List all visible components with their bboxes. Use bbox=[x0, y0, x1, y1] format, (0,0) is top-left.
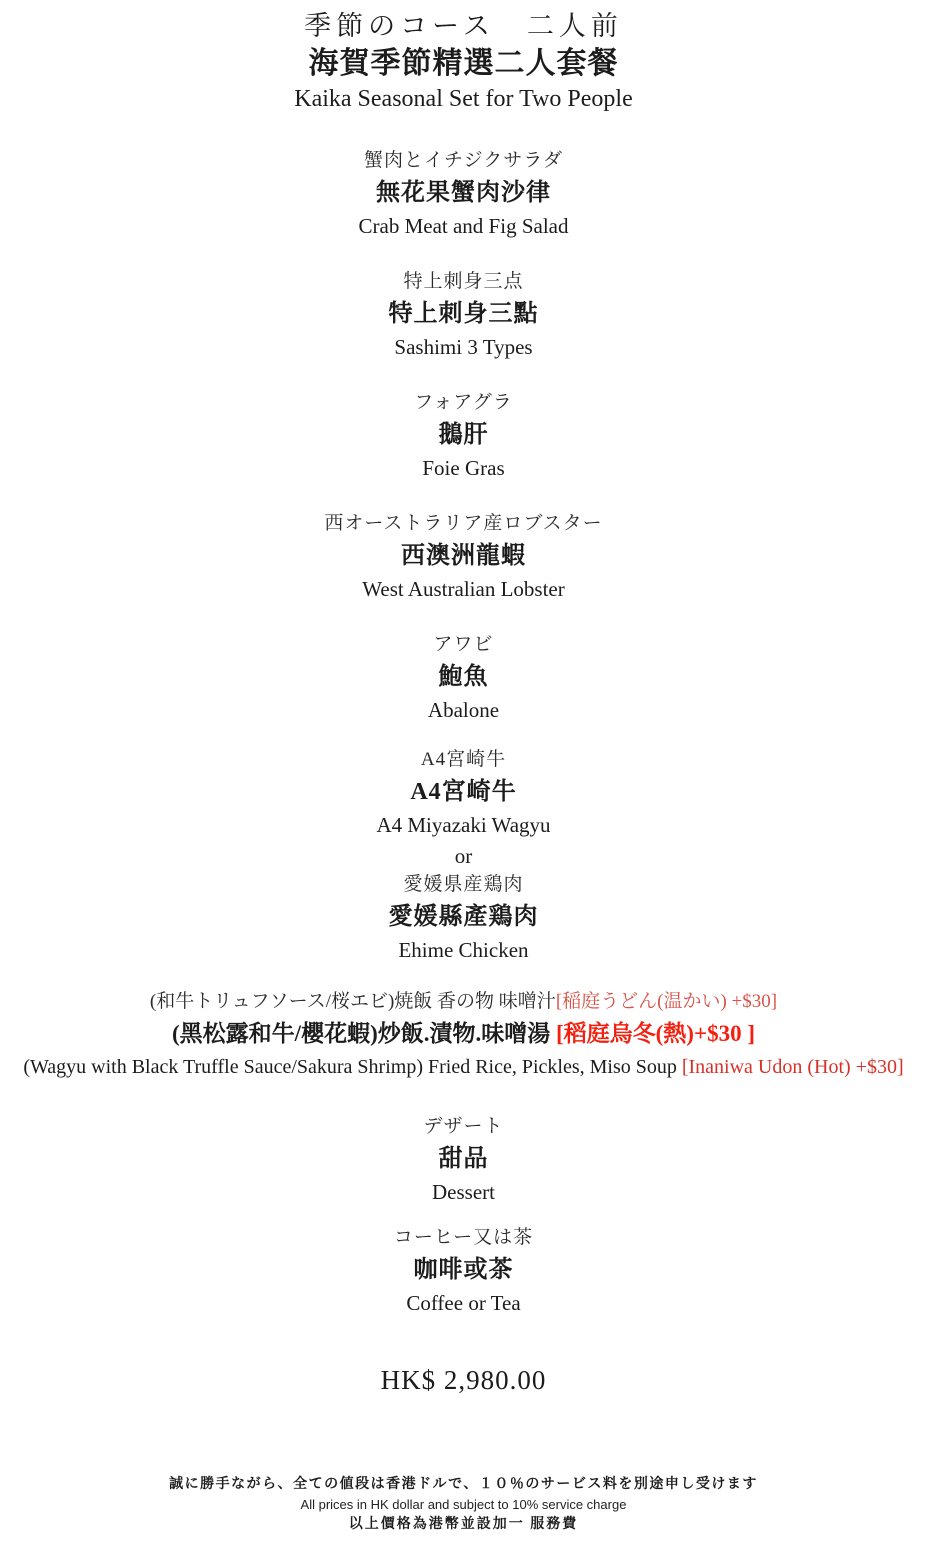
course-dessert: デザート 甜品 Dessert bbox=[0, 1112, 927, 1209]
course-name-en: Dessert bbox=[0, 1176, 927, 1209]
course-name-en: (Wagyu with Black Truffle Sauce/Sakura S… bbox=[0, 1051, 927, 1084]
menu-title-english: Kaika Seasonal Set for Two People bbox=[0, 82, 927, 116]
course-foie-gras: フォアグラ 鵝肝 Foie Gras bbox=[0, 388, 927, 485]
course-name-en: Ehime Chicken bbox=[0, 934, 927, 967]
rice-cn-udon-option: [稻庭烏冬(熱)+$30 ] bbox=[556, 1021, 755, 1046]
course-chicken: 愛媛県産鶏肉 愛媛縣產鶏肉 Ehime Chicken bbox=[0, 870, 927, 967]
course-wagyu: A4宮崎牛 A4宮崎牛 A4 Miyazaki Wagyu bbox=[0, 745, 927, 842]
course-name-cn: (黑松露和牛/櫻花蝦)炒飯.漬物.味噌湯 [稻庭烏冬(熱)+$30 ] bbox=[0, 1017, 927, 1051]
course-name-cn: 愛媛縣產鶏肉 bbox=[0, 900, 927, 934]
course-name-cn: 特上刺身三點 bbox=[0, 297, 927, 331]
menu-title: 季節のコース 二人前 海賀季節精選二人套餐 Kaika Seasonal Set… bbox=[0, 6, 927, 116]
menu-title-chinese: 海賀季節精選二人套餐 bbox=[0, 46, 927, 82]
course-name-en: Coffee or Tea bbox=[0, 1287, 927, 1320]
course-name-cn: 咖啡或茶 bbox=[0, 1253, 927, 1287]
course-coffee-tea: コーヒー又は茶 咖啡或茶 Coffee or Tea bbox=[0, 1223, 927, 1320]
course-abalone: アワビ 鮑魚 Abalone bbox=[0, 630, 927, 727]
course-fried-rice: (和牛トリュフソース/桜エビ)焼飯 香の物 味噌汁[稲庭うどん(温かい) +$3… bbox=[0, 987, 927, 1084]
course-name-cn: 鵝肝 bbox=[0, 418, 927, 452]
course-name-jp: フォアグラ bbox=[0, 388, 927, 418]
course-name-jp: デザート bbox=[0, 1112, 927, 1142]
rice-jp-udon-option: [稲庭うどん(温かい) +$30] bbox=[556, 991, 777, 1012]
course-name-en: Sashimi 3 Types bbox=[0, 331, 927, 364]
menu-page: 季節のコース 二人前 海賀季節精選二人套餐 Kaika Seasonal Set… bbox=[0, 0, 927, 1535]
rice-jp-text: (和牛トリュフソース/桜エビ)焼飯 香の物 味噌汁 bbox=[150, 991, 556, 1012]
course-sashimi: 特上刺身三点 特上刺身三點 Sashimi 3 Types bbox=[0, 267, 927, 364]
course-name-jp: A4宮崎牛 bbox=[0, 745, 927, 775]
course-name-cn: 無花果蟹肉沙律 bbox=[0, 176, 927, 210]
course-name-cn: 甜品 bbox=[0, 1142, 927, 1176]
rice-en-udon-option: [Inaniwa Udon (Hot) +$30] bbox=[682, 1056, 904, 1078]
rice-cn-text: (黑松露和牛/櫻花蝦)炒飯.漬物.味噌湯 bbox=[172, 1021, 556, 1046]
service-charge-note-jp: 誠に勝手ながら、全ての値段は香港ドルで、１０％のサービス料を別途申し受けます bbox=[0, 1475, 927, 1495]
rice-en-text: (Wagyu with Black Truffle Sauce/Sakura S… bbox=[23, 1056, 682, 1078]
course-name-jp: 西オーストラリア産ロブスター bbox=[0, 509, 927, 539]
course-name-jp: 特上刺身三点 bbox=[0, 267, 927, 297]
service-charge-note-en: All prices in HK dollar and subject to 1… bbox=[0, 1495, 927, 1515]
set-price: HK$ 2,980.00 bbox=[0, 1360, 927, 1400]
or-divider: or bbox=[0, 842, 927, 870]
footer-notice: 誠に勝手ながら、全ての値段は香港ドルで、１０％のサービス料を別途申し受けます A… bbox=[0, 1475, 927, 1535]
course-name-en: Foie Gras bbox=[0, 452, 927, 485]
course-name-cn: 鮑魚 bbox=[0, 660, 927, 694]
course-name-jp: コーヒー又は茶 bbox=[0, 1223, 927, 1253]
service-charge-note-cn: 以上價格為港幣並設加一 服務費 bbox=[0, 1515, 927, 1535]
course-name-en: Crab Meat and Fig Salad bbox=[0, 210, 927, 243]
course-name-jp: (和牛トリュフソース/桜エビ)焼飯 香の物 味噌汁[稲庭うどん(温かい) +$3… bbox=[0, 987, 927, 1017]
course-name-en: West Australian Lobster bbox=[0, 573, 927, 606]
course-main-choice: A4宮崎牛 A4宮崎牛 A4 Miyazaki Wagyu or 愛媛県産鶏肉 … bbox=[0, 745, 927, 967]
course-name-cn: 西澳洲龍蝦 bbox=[0, 539, 927, 573]
course-name-cn: A4宮崎牛 bbox=[0, 775, 927, 809]
course-name-jp: 蟹肉とイチジクサラダ bbox=[0, 146, 927, 176]
course-name-jp: 愛媛県産鶏肉 bbox=[0, 870, 927, 900]
menu-title-japanese: 季節のコース 二人前 bbox=[0, 6, 927, 46]
course-name-en: Abalone bbox=[0, 694, 927, 727]
course-name-jp: アワビ bbox=[0, 630, 927, 660]
course-crab-fig-salad: 蟹肉とイチジクサラダ 無花果蟹肉沙律 Crab Meat and Fig Sal… bbox=[0, 146, 927, 243]
course-lobster: 西オーストラリア産ロブスター 西澳洲龍蝦 West Australian Lob… bbox=[0, 509, 927, 606]
course-name-en: A4 Miyazaki Wagyu bbox=[0, 809, 927, 842]
